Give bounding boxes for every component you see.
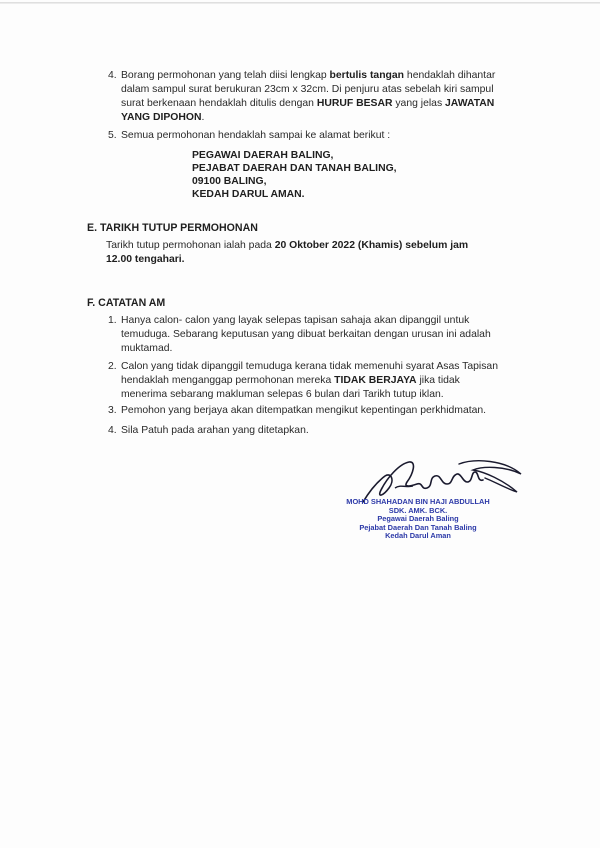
text-run: .: [201, 112, 204, 123]
address-line: KEDAH DARUL AMAN.: [192, 188, 397, 201]
list-item: 1. Hanya calon- calon yang layak selepas…: [108, 314, 498, 356]
list-item: 3. Pemohon yang berjaya akan ditempatkan…: [108, 404, 498, 418]
address-line: PEJABAT DAERAH DAN TANAH BALING,: [192, 162, 397, 175]
stamp-state: Kedah Darul Aman: [338, 532, 498, 541]
item-text: Calon yang tidak dipanggil temuduga kera…: [121, 360, 498, 402]
emphasis-text: TIDAK BERJAYA: [334, 375, 416, 386]
text-run: Borang permohonan yang telah diisi lengk…: [121, 70, 330, 81]
closing-date-text: Tarikh tutup permohonan ialah pada: [106, 240, 275, 251]
emphasis-text: bertulis tangan: [330, 70, 404, 81]
item-text: Sila Patuh pada arahan yang ditetapkan.: [121, 424, 498, 438]
section-heading: F. CATATAN AM: [87, 297, 165, 309]
official-stamp: MOHD SHAHADAN BIN HAJI ABDULLAH SDK. AMK…: [338, 498, 498, 541]
text-run: Sila Patuh pada arahan yang ditetapkan.: [121, 425, 309, 436]
address-line: 09100 BALING,: [192, 175, 397, 188]
item-number: 4.: [108, 69, 117, 83]
text-run: Semua permohonan hendaklah sampai ke ala…: [121, 130, 390, 141]
list-item: 4. Sila Patuh pada arahan yang ditetapka…: [108, 424, 498, 438]
item-number: 2.: [108, 360, 117, 374]
mailing-address: PEGAWAI DAERAH BALING, PEJABAT DAERAH DA…: [192, 149, 397, 201]
emphasis-text: HURUF BESAR: [317, 98, 393, 109]
closing-date-paragraph: Tarikh tutup permohonan ialah pada 20 Ok…: [106, 239, 491, 267]
item-number: 1.: [108, 314, 117, 328]
item-text: Semua permohonan hendaklah sampai ke ala…: [121, 129, 498, 143]
item-text: Hanya calon- calon yang layak selepas ta…: [121, 314, 498, 356]
text-run: Hanya calon- calon yang layak selepas ta…: [121, 315, 491, 354]
text-run: Pemohon yang berjaya akan ditempatkan me…: [121, 405, 486, 416]
list-item: 5. Semua permohonan hendaklah sampai ke …: [108, 129, 498, 143]
item-text: Borang permohonan yang telah diisi lengk…: [121, 69, 498, 125]
scan-edge: [0, 2, 600, 4]
list-item: 4. Borang permohonan yang telah diisi le…: [108, 69, 498, 125]
item-number: 5.: [108, 129, 117, 143]
address-line: PEGAWAI DAERAH BALING,: [192, 149, 397, 162]
item-number: 3.: [108, 404, 117, 418]
item-text: Pemohon yang berjaya akan ditempatkan me…: [121, 404, 498, 418]
item-number: 4.: [108, 424, 117, 438]
text-run: yang jelas: [392, 98, 445, 109]
section-heading: E. TARIKH TUTUP PERMOHONAN: [87, 222, 258, 234]
list-item: 2. Calon yang tidak dipanggil temuduga k…: [108, 360, 498, 402]
document-page: 4. Borang permohonan yang telah diisi le…: [0, 0, 600, 848]
